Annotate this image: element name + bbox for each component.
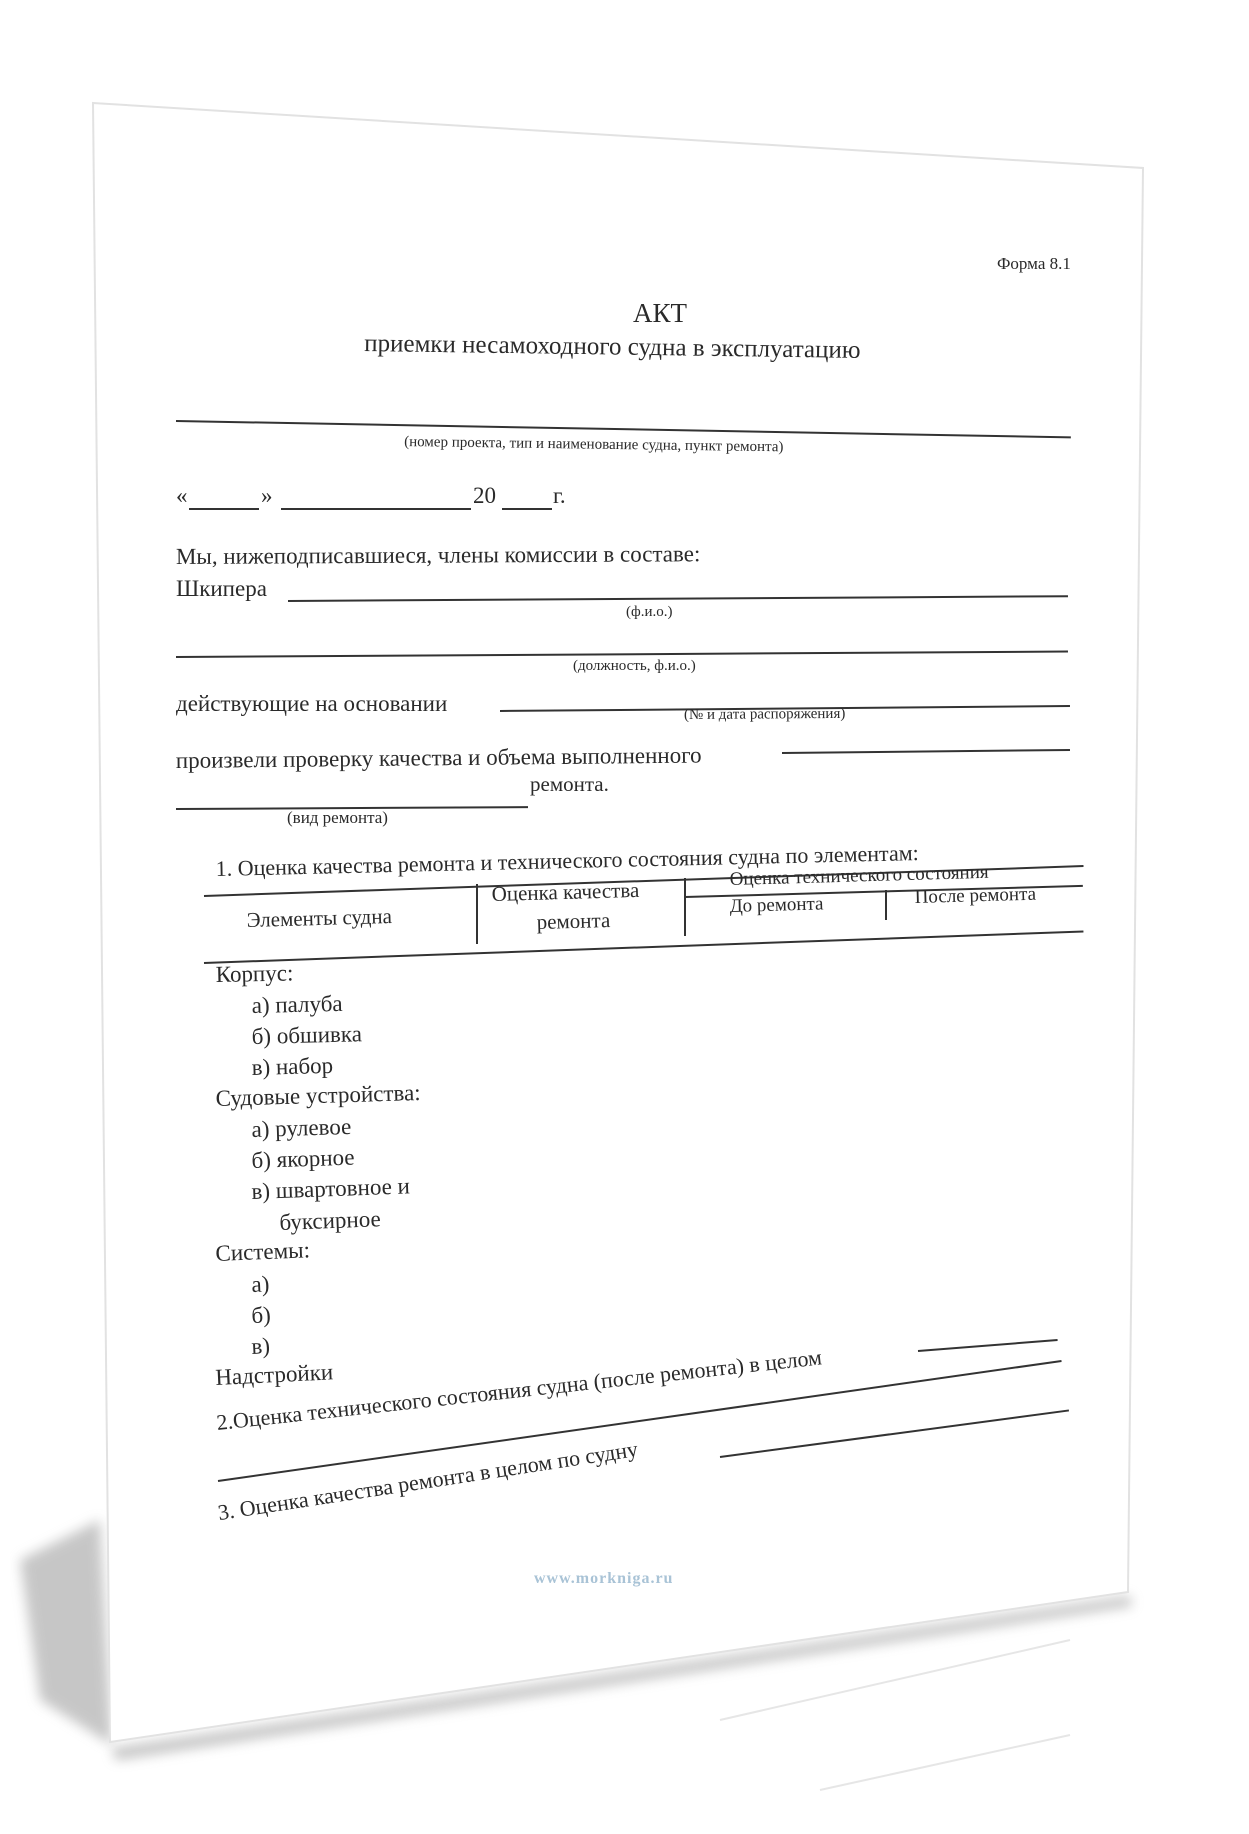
date-close-quote: » [261, 483, 273, 509]
element-row: б) обшивка [251, 1021, 362, 1050]
intro-text: Мы, нижеподписавшиеся, члены комиссии в … [176, 541, 701, 570]
element-row: б) якорное [251, 1145, 355, 1174]
basis-hint: (№ и дата распоряжения) [684, 706, 846, 724]
element-row: Системы: [215, 1237, 310, 1267]
element-row: а) палуба [251, 991, 342, 1019]
element-row: б) [251, 1302, 271, 1329]
document-page: Форма 8.1 АКТ приемки несамоходного судн… [0, 0, 1249, 1834]
repair-type-hint: (вид ремонта) [287, 808, 388, 828]
col-divider-2 [684, 878, 686, 936]
element-row: Корпус: [215, 960, 293, 988]
element-row: а) [251, 1271, 270, 1298]
col-divider-1 [476, 884, 478, 944]
form-number: Форма 8.1 [997, 254, 1071, 274]
watermark: www.morkniga.ru [534, 1570, 673, 1588]
document-title: АКТ [633, 298, 687, 329]
skipper-label: Шкипера [176, 576, 267, 602]
element-row: а) рулевое [251, 1114, 351, 1143]
col-header-quality-1: Оценка качества [491, 878, 639, 907]
element-row: в) [251, 1333, 271, 1360]
date-year-suffix: г. [553, 483, 566, 509]
col-header-quality-2: ремонта [536, 908, 610, 935]
date-day-field[interactable] [189, 508, 259, 510]
date-year-field[interactable] [502, 508, 552, 510]
date-year-prefix: 20 [473, 483, 496, 509]
position-hint: (должность, ф.и.о.) [573, 658, 696, 675]
paper-sheet [0, 0, 1249, 1834]
col-header-after: После ремонта [914, 884, 1036, 909]
col-header-elements: Элементы судна [246, 904, 392, 933]
col-header-before: До ремонта [729, 893, 823, 918]
date-open-quote: « [176, 483, 188, 509]
element-row: буксирное [279, 1206, 381, 1236]
col-divider-3 [885, 890, 887, 920]
basis-label: действующие на основании [176, 691, 447, 717]
skipper-hint: (ф.и.о.) [626, 604, 673, 621]
repair-word: ремонта. [530, 772, 609, 797]
date-month-field[interactable] [281, 508, 471, 510]
element-row: в) набор [251, 1053, 333, 1081]
check-label: произвели проверку качества и объема вып… [176, 742, 702, 774]
